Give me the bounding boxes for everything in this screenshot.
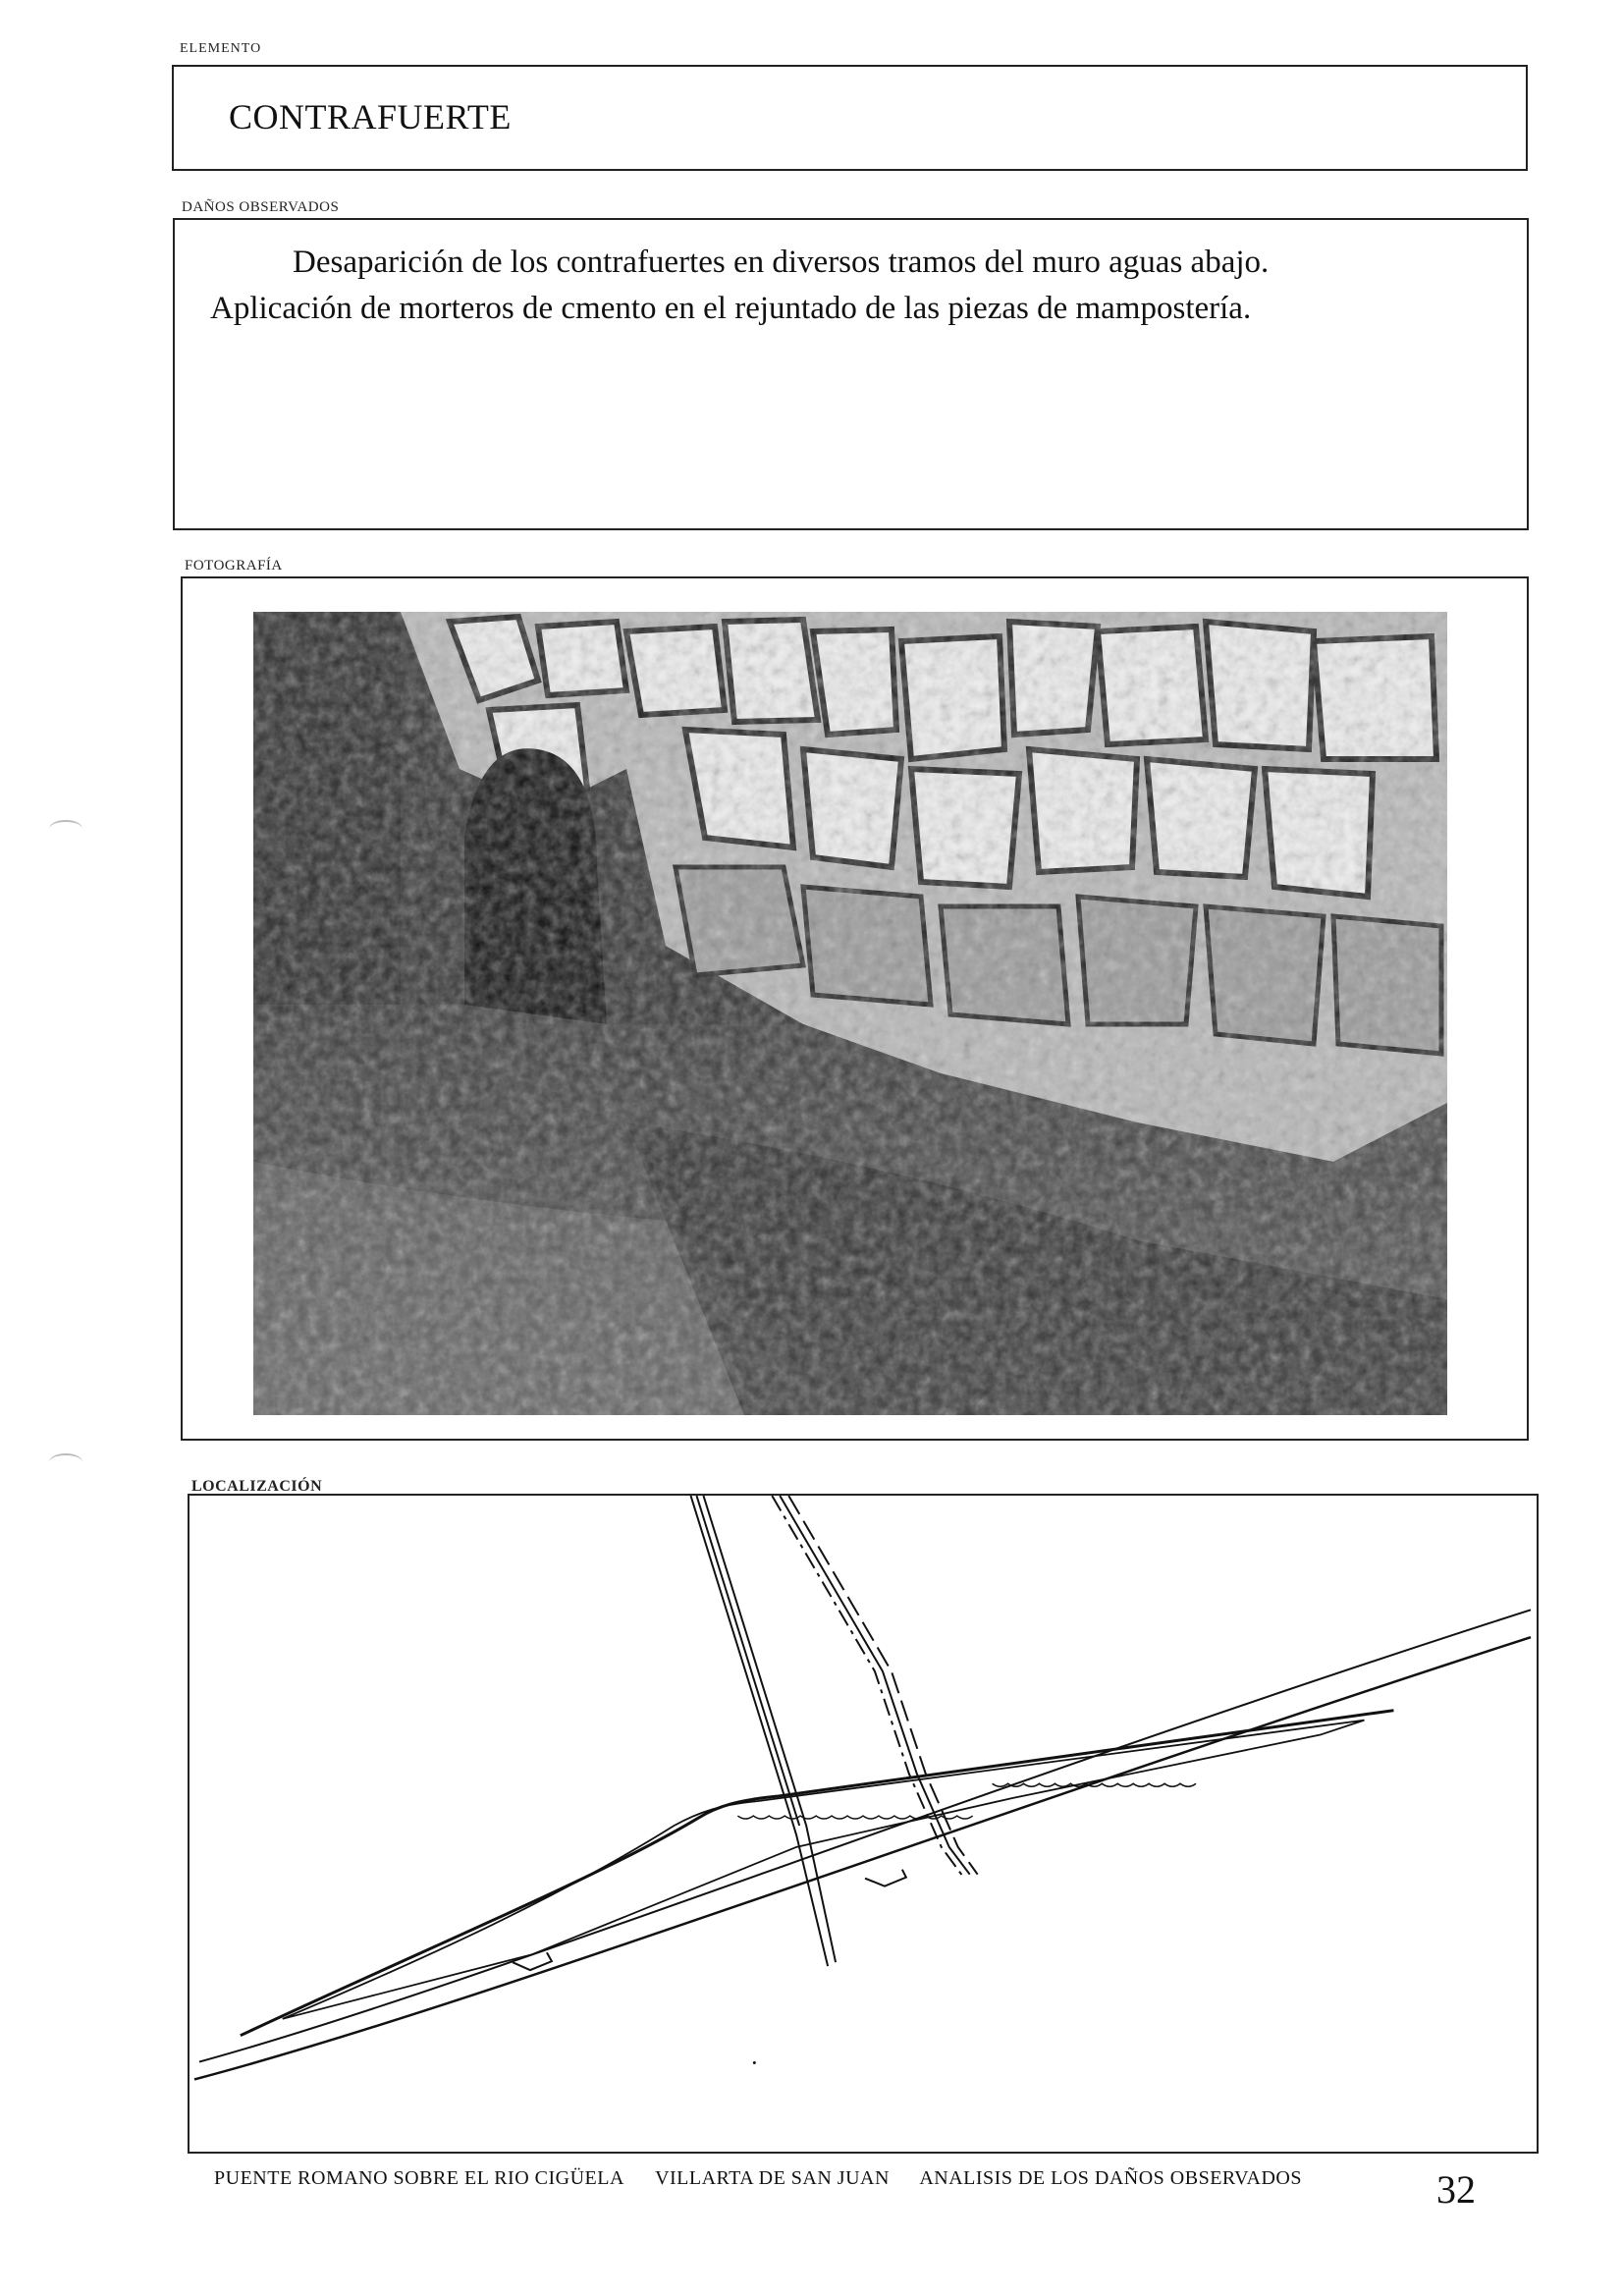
footer-location: VILLARTA DE SAN JUAN [655,2167,890,2189]
fotografia-label: FOTOGRAFÍA [185,558,283,574]
location-plan-drawing [189,1496,1537,2152]
scan-smudge [49,1453,82,1471]
scan-smudge [49,820,82,838]
danos-observados-label: DAÑOS OBSERVADOS [182,199,339,216]
page-footer: PUENTE ROMANO SOBRE EL RIO CIGÜELA VILLA… [214,2167,1327,2190]
danos-description: Desaparición de los contrafuertes en div… [210,240,1503,332]
fotografia-box [181,576,1529,1441]
danos-line-1: Desaparición de los contrafuertes en div… [210,240,1503,286]
elemento-title: CONTRAFUERTE [229,96,512,137]
danos-observados-box: Desaparición de los contrafuertes en div… [173,218,1529,530]
footer-section: ANALISIS DE LOS DAÑOS OBSERVADOS [919,2167,1302,2189]
bridge-photo [253,612,1447,1415]
elemento-box: CONTRAFUERTE [172,65,1528,171]
page-number: 32 [1436,2166,1476,2213]
footer-project: PUENTE ROMANO SOBRE EL RIO CIGÜELA [214,2167,624,2189]
elemento-label: ELEMENTO [180,41,261,57]
danos-line-2: Aplicación de morteros de cmento en el r… [210,286,1503,332]
localizacion-box [188,1494,1539,2154]
